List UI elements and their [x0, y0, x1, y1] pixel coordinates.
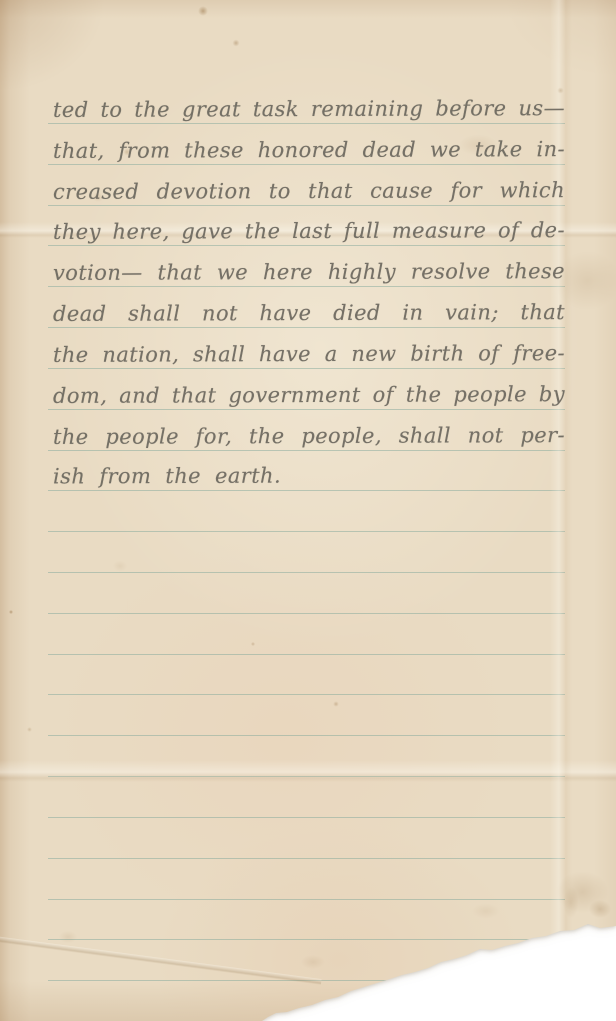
- handwritten-line: dead shall not have died in vain; that: [53, 297, 565, 330]
- paper-shadow: ted to the great task remaining before u…: [0, 0, 616, 1021]
- handwritten-line: votion— that we here highly resolve thes…: [53, 256, 565, 289]
- handwritten-line: that, from these honored dead we take in…: [53, 134, 565, 167]
- handwritten-line: they here, gave the last full measure of…: [53, 216, 565, 249]
- scanned-document: ted to the great task remaining before u…: [0, 0, 616, 1021]
- handwritten-line: creased devotion to that cause for which: [53, 175, 565, 208]
- handwritten-line: ted to the great task remaining before u…: [53, 93, 565, 126]
- manuscript-page: ted to the great task remaining before u…: [0, 0, 616, 1021]
- handwriting-layer: ted to the great task remaining before u…: [0, 0, 616, 1021]
- handwritten-line: ish from the earth.: [53, 461, 281, 493]
- handwritten-line: the people for, the people, shall not pe…: [53, 420, 565, 453]
- handwritten-line: the nation, shall have a new birth of fr…: [53, 338, 565, 371]
- handwritten-line: dom, and that government of the people b…: [53, 379, 565, 412]
